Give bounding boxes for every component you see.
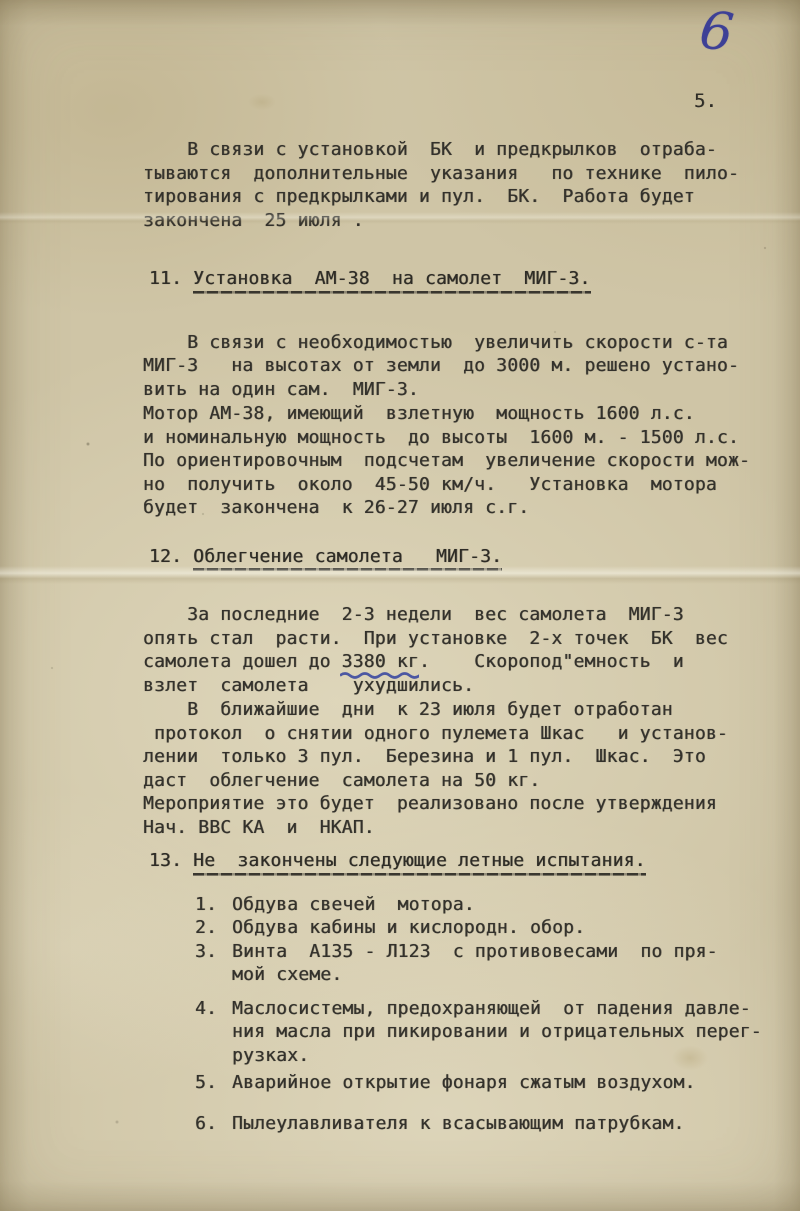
text-line: но получить около 45-50 км/ч. Установка …	[143, 473, 764, 497]
text-line: За последние 2-3 недели вес самолета МИГ…	[143, 603, 764, 627]
text-line: даст облегчение самолета на 50 кг.	[143, 769, 764, 793]
section-11-heading: 11. Установка АМ-38 на самолет МИГ-3.	[149, 267, 764, 294]
text-line: Пылеулавливателя к всасывающим патрубкам…	[232, 1112, 685, 1136]
section-11-number: 11.	[149, 268, 182, 289]
text-line: Аварийное открытие фонаря сжатым воздухо…	[232, 1071, 696, 1095]
text-line: тываются дополнительные указания по техн…	[143, 162, 764, 186]
section-11-paragraph-2: Мотор АМ-38, имеющий взлетную мощность 1…	[143, 402, 764, 520]
list-item-text: Пылеулавливателя к всасывающим патрубкам…	[232, 1112, 685, 1136]
list-item-number: 5.	[195, 1071, 232, 1095]
intro-paragraph: В связи с установкой БК и предкрылков от…	[143, 138, 764, 232]
text-line: тирования с предкрылками и пул. БК. Рабо…	[143, 185, 764, 209]
text-line: мой схеме.	[232, 963, 718, 987]
section-12-title: Облегчение самолета МИГ-3.	[193, 545, 502, 572]
text-line: Маслосистемы, предохраняющей от падения …	[232, 997, 762, 1021]
list-item-number: 3.	[195, 940, 232, 987]
section-11-paragraph-1: В связи с необходимостью увеличить скоро…	[143, 331, 764, 402]
list-item-text: Аварийное открытие фонаря сжатым воздухо…	[232, 1071, 696, 1095]
section-12-heading: 12. Облегчение самолета МИГ-3.	[149, 545, 764, 572]
list-item-text: Обдува свечей мотора.	[232, 893, 475, 917]
text-line: Нач. ВВС КА и НКАП.	[143, 816, 764, 840]
list-item-number: 1.	[195, 893, 232, 917]
list-item: 3. Винта А135 - Л123 с противовесами по …	[195, 940, 764, 987]
text-line: Винта А135 - Л123 с противовесами по пря…	[232, 940, 718, 964]
underlined-weight-value: 3380 кг	[342, 650, 419, 674]
list-item-number: 4.	[195, 997, 232, 1068]
text-line: взлет самолета ухудшились.	[143, 674, 764, 698]
list-item: 5. Аварийное открытие фонаря сжатым возд…	[195, 1071, 764, 1095]
list-item-number: 6.	[195, 1112, 232, 1136]
text-line: Мотор АМ-38, имеющий взлетную мощность 1…	[143, 402, 764, 426]
section-13-number: 13.	[149, 850, 182, 871]
text-segment: . Скоропод"емность и	[419, 651, 684, 672]
text-line: МИГ-3 на высотах от земли до 3000 м. реш…	[143, 354, 764, 378]
text-line: ния масла при пикировании и отрицательны…	[232, 1020, 762, 1044]
text-line: Мероприятие это будет реализовано после …	[143, 792, 764, 816]
section-13-heading: 13. Не закончены следующие летные испыта…	[149, 849, 764, 876]
section-11-title: Установка АМ-38 на самолет МИГ-3.	[193, 267, 590, 294]
text-line: Обдува кабины и кислородн. обор.	[232, 916, 585, 940]
text-line: В связи с установкой БК и предкрылков от…	[143, 138, 764, 162]
list-item-number: 2.	[195, 916, 232, 940]
list-item-text: Обдува кабины и кислородн. обор.	[232, 916, 585, 940]
text-line: В ближайшие дни к 23 июля будет отработа…	[143, 698, 764, 722]
test-list: 1. Обдува свечей мотора. 2. Обдува кабин…	[143, 893, 764, 1136]
blue-ink-wavy-underline	[340, 671, 420, 680]
text-line: закончена 25 июля .	[143, 209, 764, 233]
list-item: 4. Маслосистемы, предохраняющей от паден…	[195, 997, 764, 1068]
list-item: 1. Обдува свечей мотора.	[195, 893, 764, 917]
text-line: самолета дошел до 3380 кг. Скоропод"емно…	[143, 650, 764, 674]
list-item: 6. Пылеулавливателя к всасывающим патруб…	[195, 1112, 764, 1136]
text-line: и номинальную мощность до высоты 1600 м.…	[143, 426, 764, 450]
typed-content: В связи с установкой БК и предкрылков от…	[0, 0, 800, 1135]
section-12-paragraph-1: За последние 2-3 недели вес самолета МИГ…	[143, 603, 764, 697]
text-line: протокол о снятии одного пулемета Шкас и…	[143, 722, 764, 746]
text-line: будет закончена к 26-27 июля с.г.	[143, 496, 764, 520]
list-item: 2. Обдува кабины и кислородн. обор.	[195, 916, 764, 940]
section-12-number: 12.	[149, 546, 182, 567]
text-line: опять стал расти. При установке 2-х точе…	[143, 627, 764, 651]
text-line: рузках.	[232, 1044, 762, 1068]
text-line: В связи с необходимостью увеличить скоро…	[143, 331, 764, 355]
document-page: 6 5. В связи с установкой БК и предкрылк…	[0, 0, 800, 1211]
text-line: Обдува свечей мотора.	[232, 893, 475, 917]
text-line: лении только 3 пул. Березина и 1 пул. Шк…	[143, 745, 764, 769]
section-13-title: Не закончены следующие летные испытания.	[193, 849, 646, 876]
weight-value-text: 3380 кг	[342, 651, 419, 672]
text-segment: самолета дошел до	[143, 651, 342, 672]
section-12-paragraph-2: В ближайшие дни к 23 июля будет отработа…	[143, 698, 764, 839]
text-line: По ориентировочным подсчетам увеличение …	[143, 449, 764, 473]
list-item-text: Винта А135 - Л123 с противовесами по пря…	[232, 940, 718, 987]
text-line: вить на один сам. МИГ-3.	[143, 378, 764, 402]
list-item-text: Маслосистемы, предохраняющей от падения …	[232, 997, 762, 1068]
